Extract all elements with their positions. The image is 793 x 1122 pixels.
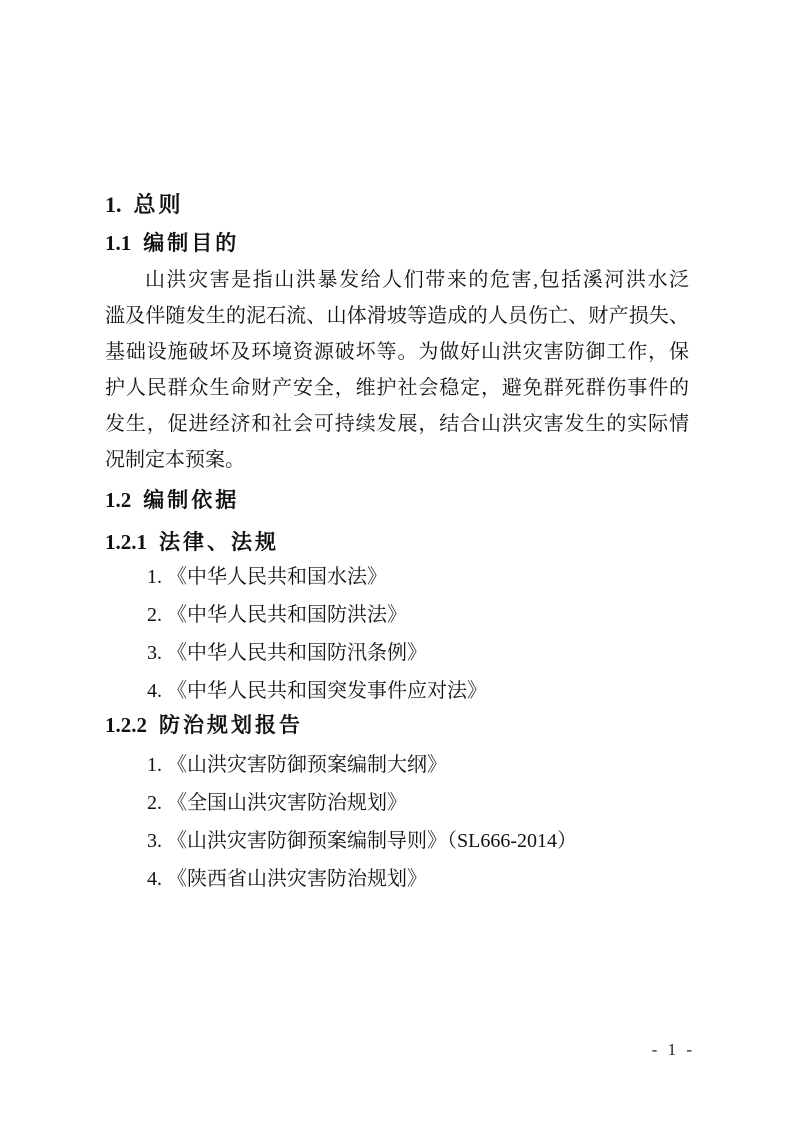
list-item: 2.《中华人民共和国防洪法》 — [105, 596, 689, 634]
list-item-text: 《山洪灾害防御预案编制大纲》 — [167, 754, 447, 776]
plans-list: 1.《山洪灾害防御预案编制大纲》 2.《全国山洪灾害防治规划》 3.《山洪灾害防… — [105, 746, 689, 898]
page-number: - 1 - — [652, 1040, 695, 1060]
paragraph-line: 基础设施破坏及环境资源破坏等。为做好山洪灾害防御工作，保 — [105, 334, 689, 370]
paragraph-line: 况制定本预案。 — [105, 442, 689, 478]
list-item: 4.《陕西省山洪灾害防治规划》 — [105, 860, 689, 898]
document-page: 1.总则 1.1编制目的 山洪灾害是指山洪暴发给人们带来的危害,包括溪河洪水泛 … — [0, 0, 793, 1122]
heading-general-provisions: 1.总则 — [105, 190, 689, 220]
list-item: 3.《中华人民共和国防汛条例》 — [105, 634, 689, 672]
list-item-number: 4. — [147, 680, 162, 702]
laws-list: 1.《中华人民共和国水法》 2.《中华人民共和国防洪法》 3.《中华人民共和国防… — [105, 558, 689, 710]
list-item: 2.《全国山洪灾害防治规划》 — [105, 784, 689, 822]
heading-number: 1.1 — [105, 231, 131, 255]
list-item: 3.《山洪灾害防御预案编制导则》（SL666-2014） — [105, 822, 689, 860]
list-item-text: 《陕西省山洪灾害防治规划》 — [167, 868, 427, 890]
list-item: 1.《中华人民共和国水法》 — [105, 558, 689, 596]
purpose-paragraph: 山洪灾害是指山洪暴发给人们带来的危害,包括溪河洪水泛 滥及伴随发生的泥石流、山体… — [105, 262, 689, 478]
heading-text: 法律、法规 — [159, 531, 279, 554]
paragraph-line: 山洪灾害是指山洪暴发给人们带来的危害,包括溪河洪水泛 — [105, 262, 689, 298]
list-item-text: 《中华人民共和国突发事件应对法》 — [167, 680, 487, 702]
heading-text: 总则 — [134, 192, 184, 217]
list-item-number: 2. — [147, 792, 162, 814]
heading-number: 1.2.2 — [105, 713, 147, 737]
heading-laws-regulations: 1.2.1法律、法规 — [105, 527, 689, 558]
heading-compilation-basis: 1.2编制依据 — [105, 485, 689, 516]
list-item-text: 《山洪灾害防御预案编制导则》（SL666-2014） — [167, 830, 577, 852]
list-item-text: 《中华人民共和国防洪法》 — [167, 604, 407, 626]
list-item-text: 《全国山洪灾害防治规划》 — [167, 792, 407, 814]
heading-compilation-purpose: 1.1编制目的 — [105, 228, 689, 259]
heading-number: 1.2 — [105, 488, 131, 512]
heading-text: 编制依据 — [143, 489, 239, 512]
list-item-number: 1. — [147, 754, 162, 776]
list-item-number: 3. — [147, 642, 162, 664]
document-content: 1.总则 1.1编制目的 山洪灾害是指山洪暴发给人们带来的危害,包括溪河洪水泛 … — [0, 0, 793, 898]
list-item-text: 《中华人民共和国水法》 — [167, 566, 387, 588]
list-item-text: 《中华人民共和国防汛条例》 — [167, 642, 427, 664]
list-item-number: 1. — [147, 566, 162, 588]
list-item: 1.《山洪灾害防御预案编制大纲》 — [105, 746, 689, 784]
paragraph-line: 发生，促进经济和社会可持续发展，结合山洪灾害发生的实际情 — [105, 406, 689, 442]
heading-text: 防治规划报告 — [159, 714, 303, 737]
list-item-number: 4. — [147, 868, 162, 890]
paragraph-line: 滥及伴随发生的泥石流、山体滑坡等造成的人员伤亡、财产损失、 — [105, 298, 689, 334]
list-item-number: 3. — [147, 830, 162, 852]
paragraph-line: 护人民群众生命财产安全，维护社会稳定，避免群死群伤事件的 — [105, 370, 689, 406]
heading-number: 1.2.1 — [105, 530, 147, 554]
list-item-number: 2. — [147, 604, 162, 626]
heading-text: 编制目的 — [143, 232, 239, 255]
list-item: 4.《中华人民共和国突发事件应对法》 — [105, 672, 689, 710]
heading-number: 1. — [105, 192, 122, 217]
heading-prevention-plan-reports: 1.2.2防治规划报告 — [105, 710, 689, 741]
